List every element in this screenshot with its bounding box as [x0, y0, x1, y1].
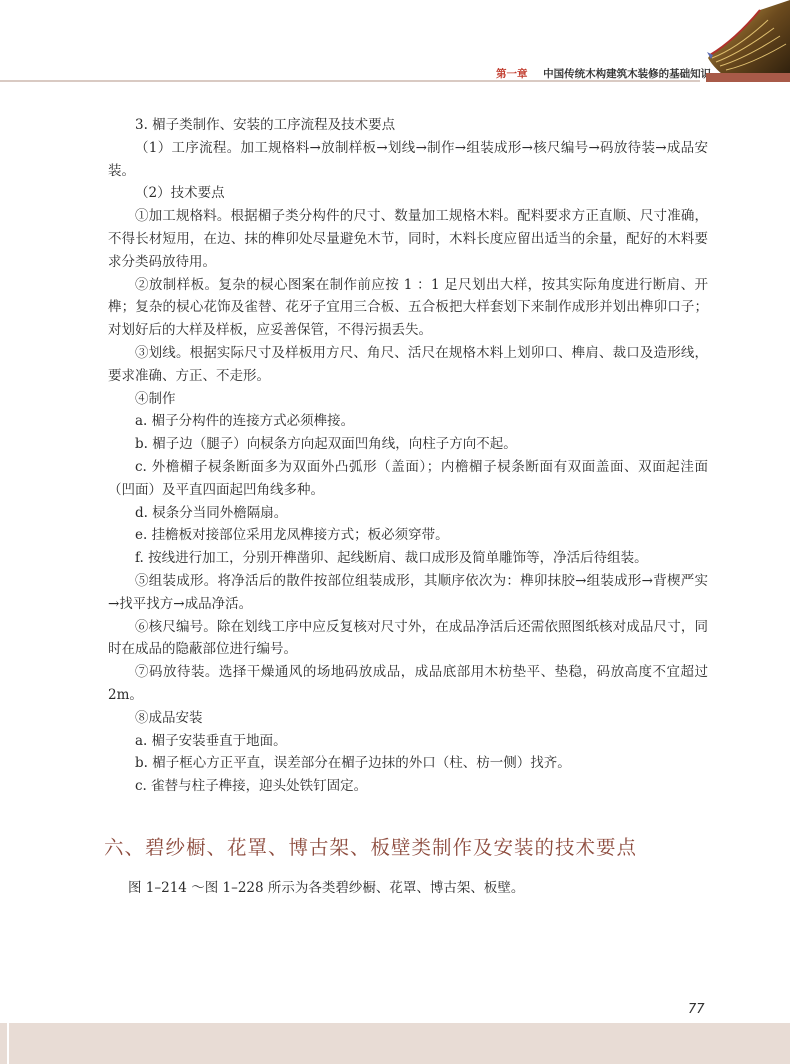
paragraph: ②放制样板。复杂的棂心图案在制作前应按 1 ：1 足尺划出大样，按其实际角度进行…	[108, 274, 708, 342]
list-item: f. 按线进行加工，分别开榫凿卯、起线断肩、裁口成形及简单雕饰等，净活后待组装。	[108, 547, 708, 570]
footer-band	[0, 1023, 790, 1064]
list-item: a. 楣子安装垂直于地面。	[108, 730, 708, 753]
paragraph: ①加工规格料。根据楣子类分构件的尺寸、数量加工规格木料。配料要求方正直顺、尺寸准…	[108, 205, 708, 273]
paragraph: ④制作	[108, 388, 708, 411]
header-rule	[0, 80, 700, 82]
page-number: 77	[688, 1002, 705, 1017]
section-title: 六、碧纱橱、花罩、博古架、板壁类制作及安装的技术要点	[104, 832, 637, 860]
footer-stripe	[7, 1023, 9, 1064]
subsection-heading: 3. 楣子类制作、安装的工序流程及技术要点	[108, 114, 708, 137]
paragraph: ⑦码放待装。选择干燥通风的场地码放成品，成品底部用木枋垫平、垫稳，码放高度不宜超…	[108, 661, 708, 707]
list-item: a. 楣子分构件的连接方式必须榫接。	[108, 410, 708, 433]
paragraph: （2）技术要点	[108, 182, 708, 205]
chapter-number: 第一章	[496, 68, 528, 80]
list-item: b. 楣子边（腿子）向棂条方向起双面凹角线，向柱子方向不起。	[108, 433, 708, 456]
body-text: 3. 楣子类制作、安装的工序流程及技术要点 （1）工序流程。加工规格料→放制样板…	[108, 114, 708, 798]
paragraph: ⑧成品安装	[108, 707, 708, 730]
paragraph: ⑤组装成形。将净活后的散件按部位组装成形，其顺序依次为：榫卯抹胶→组装成形→背楔…	[108, 570, 708, 616]
header-accent-bar	[706, 73, 790, 82]
paragraph: （1）工序流程。加工规格料→放制样板→划线→制作→组装成形→核尺编号→码放待装→…	[108, 137, 708, 183]
running-header: 第一章 中国传统木构建筑木装修的基础知识	[496, 66, 711, 81]
list-item: c. 雀替与柱子榫接，迎头处铁钉固定。	[108, 775, 708, 798]
list-item: c. 外檐楣子棂条断面多为双面外凸弧形（盖面）；内檐楣子棂条断面有双面盖面、双面…	[108, 456, 708, 502]
list-item: e. 挂檐板对接部位采用龙凤榫接方式；板必须穿带。	[108, 524, 708, 547]
list-item: d. 棂条分当同外檐隔扇。	[108, 502, 708, 525]
paragraph: ③划线。根据实际尺寸及样板用方尺、角尺、活尺在规格木料上划卯口、榫肩、裁口及造形…	[108, 342, 708, 388]
chapter-title: 中国传统木构建筑木装修的基础知识	[543, 68, 711, 80]
paragraph: ⑥核尺编号。除在划线工序中应反复核对尺寸外，在成品净活后还需依照图纸核对成品尺寸…	[108, 616, 708, 662]
figure-reference: 图 1–214 ～图 1–228 所示为各类碧纱橱、花罩、博古架、板壁。	[128, 877, 524, 899]
list-item: b. 楣子框心方正平直，误差部分在楣子边抹的外口（柱、枋一侧）找齐。	[108, 752, 708, 775]
